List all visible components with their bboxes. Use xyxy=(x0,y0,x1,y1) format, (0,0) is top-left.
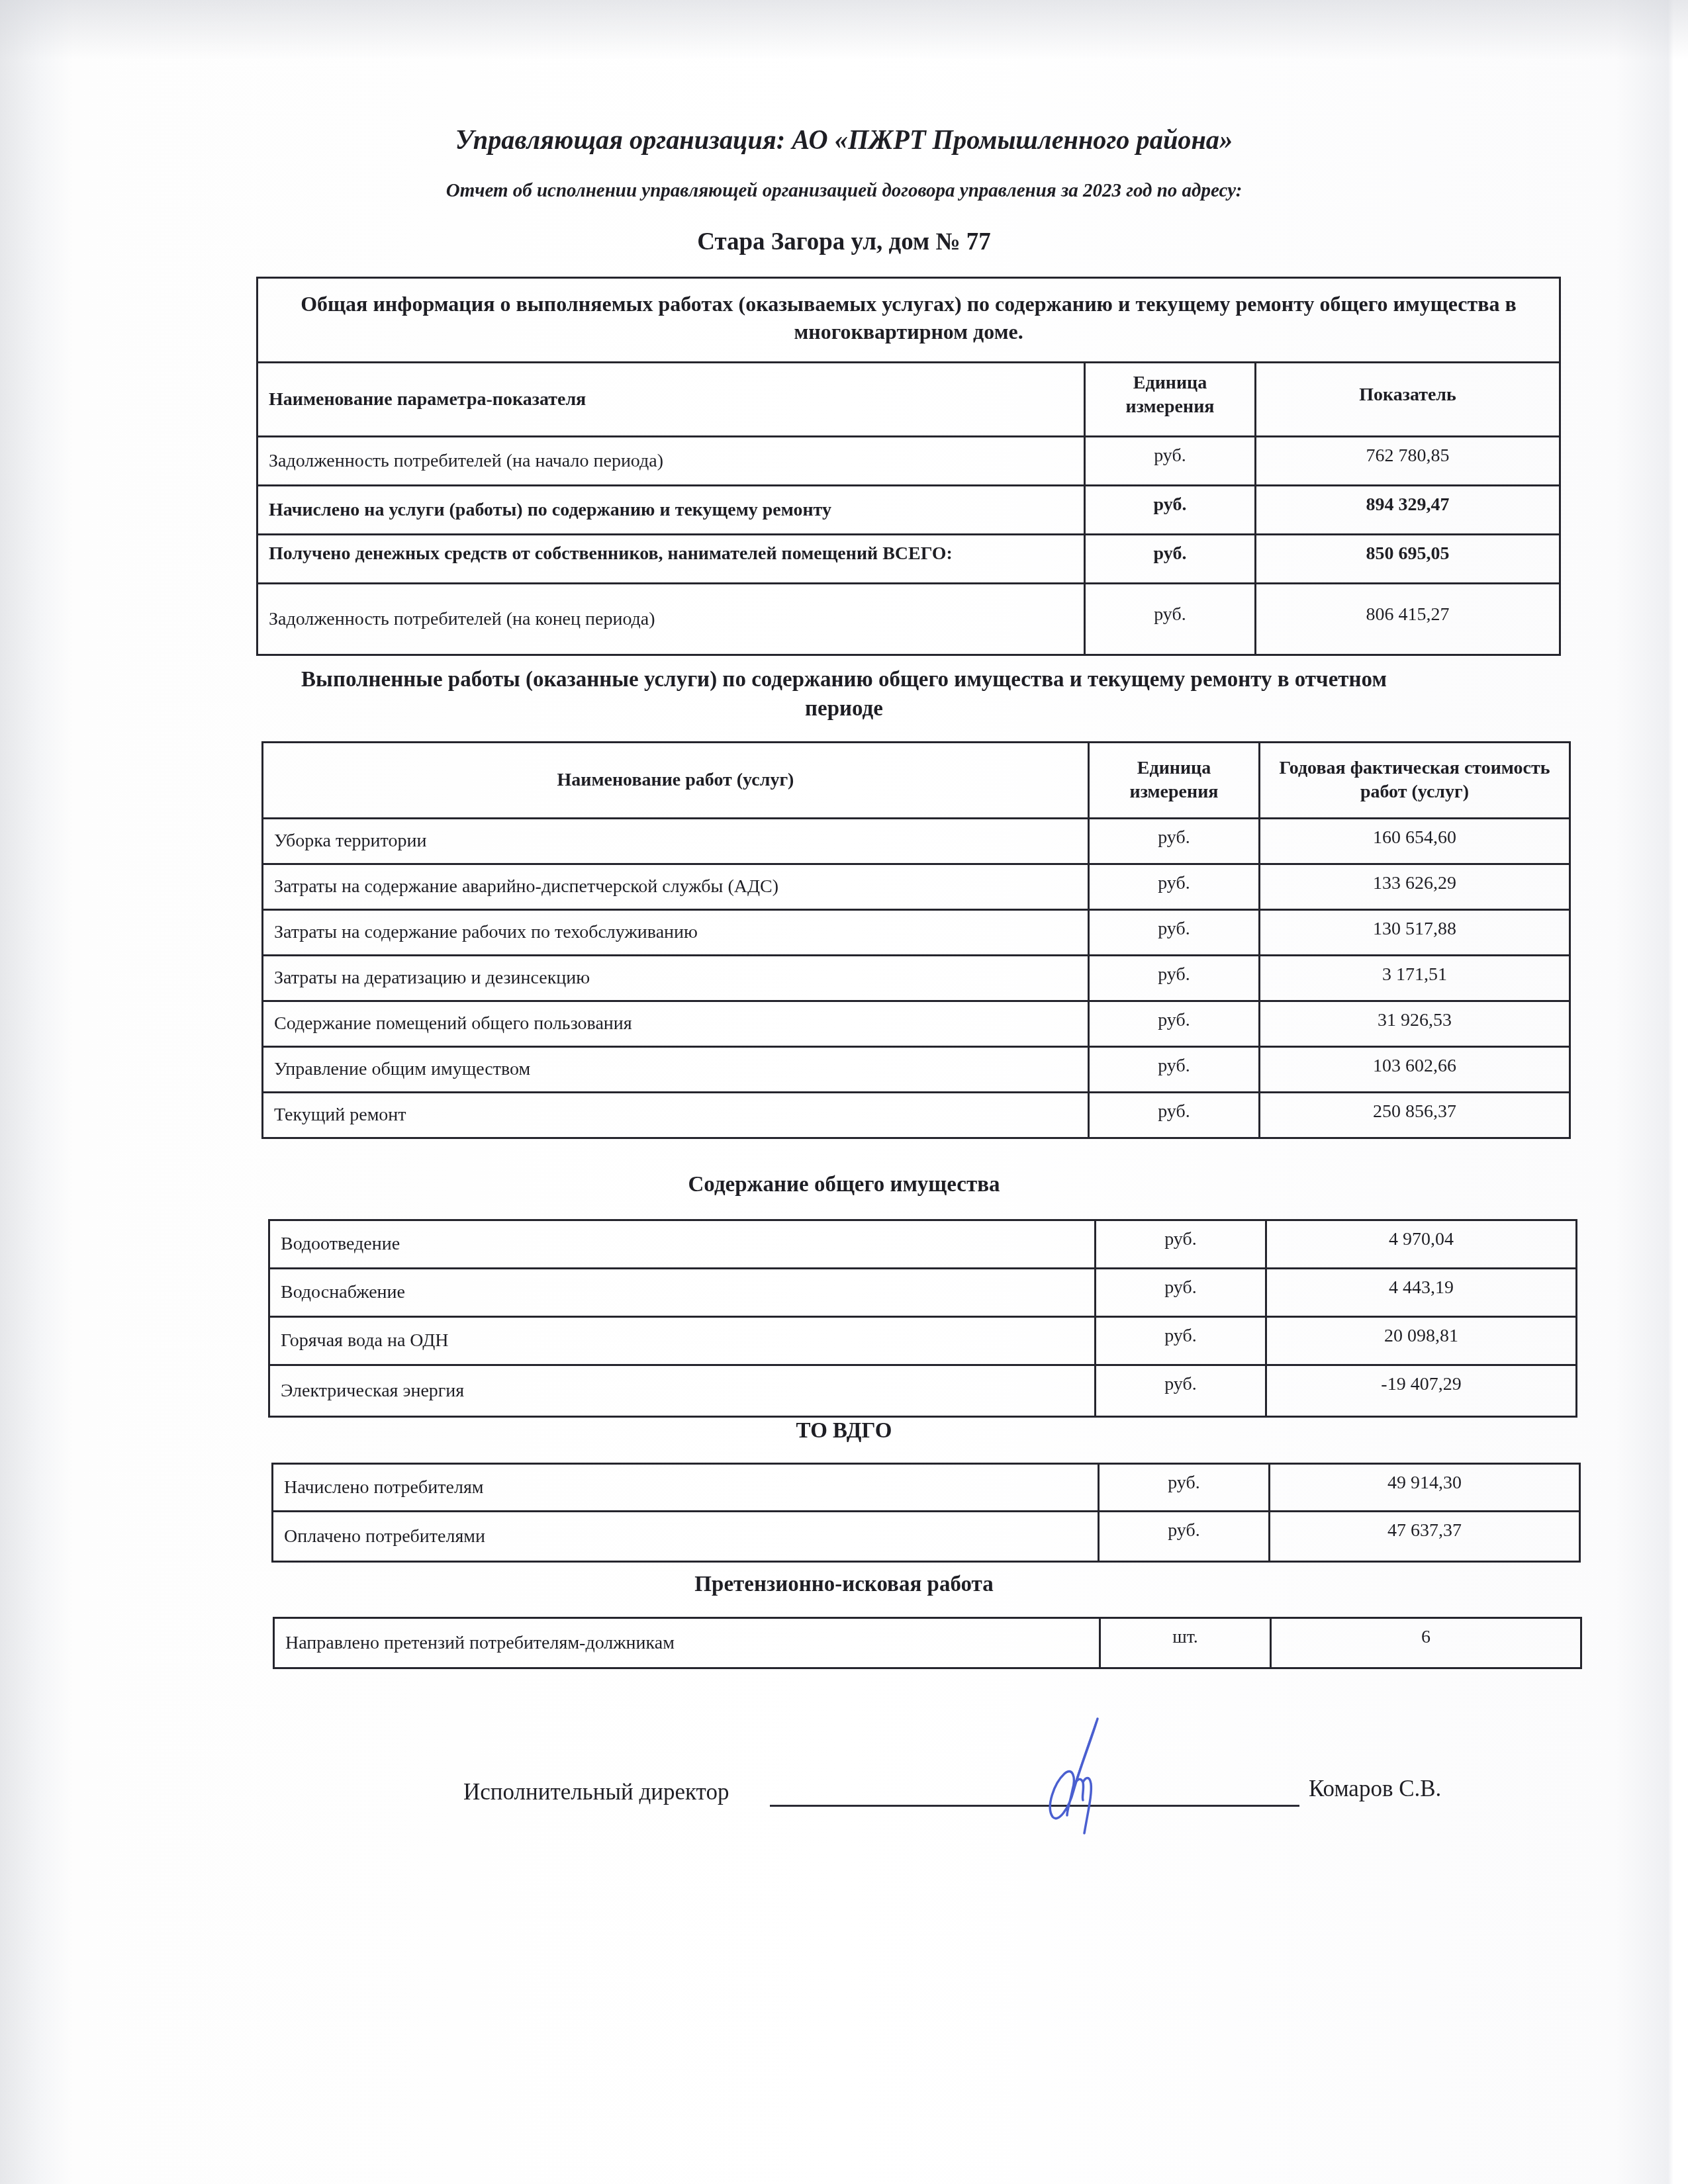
table-row: Затраты на дератизацию и дезинсекцию руб… xyxy=(263,956,1570,1001)
row-value: 806 415,27 xyxy=(1256,584,1560,655)
row-unit: руб. xyxy=(1089,819,1260,864)
table-row: Получено денежных средств от собственник… xyxy=(258,535,1560,584)
row-value: 133 626,29 xyxy=(1260,864,1570,910)
row-value: 4 970,04 xyxy=(1266,1220,1577,1269)
row-name: Управление общим имуществом xyxy=(263,1047,1089,1093)
row-name: Затраты на содержание рабочих по техобсл… xyxy=(263,910,1089,956)
vdgo-title: ТО ВДГО xyxy=(0,1416,1688,1445)
row-unit: руб. xyxy=(1096,1220,1266,1269)
row-name: Электрическая энергия xyxy=(269,1365,1096,1417)
row-value: 160 654,60 xyxy=(1260,819,1570,864)
column-header-unit: Единица измерения xyxy=(1089,743,1260,819)
row-unit: руб. xyxy=(1089,1047,1260,1093)
table-row: Затраты на содержание рабочих по техобсл… xyxy=(263,910,1570,956)
works-section-title: Выполненные работы (оказанные услуги) по… xyxy=(0,665,1688,723)
row-unit: руб. xyxy=(1096,1269,1266,1317)
handwritten-signature xyxy=(1019,1711,1152,1837)
general-info-caption: Общая информация о выполняемых работах (… xyxy=(258,278,1560,363)
row-unit: руб. xyxy=(1085,437,1256,486)
column-header-annual-cost: Годовая фактическая стоимость работ (усл… xyxy=(1260,743,1570,819)
row-value: 250 856,37 xyxy=(1260,1093,1570,1138)
row-value: 31 926,53 xyxy=(1260,1001,1570,1047)
table-row: Уборка территории руб. 160 654,60 xyxy=(263,819,1570,864)
row-unit: руб. xyxy=(1089,1093,1260,1138)
table-row: Горячая вода на ОДН руб. 20 098,81 xyxy=(269,1317,1577,1365)
row-name: Текущий ремонт xyxy=(263,1093,1089,1138)
table-row: Текущий ремонт руб. 250 856,37 xyxy=(263,1093,1570,1138)
works-table: Наименование работ (услуг) Единица измер… xyxy=(261,741,1571,1139)
row-value: 894 329,47 xyxy=(1256,486,1560,535)
row-name: Водоснабжение xyxy=(269,1269,1096,1317)
column-header-value: Показатель xyxy=(1256,363,1560,437)
row-value: 6 xyxy=(1271,1618,1581,1668)
row-name: Уборка территории xyxy=(263,819,1089,864)
row-unit: руб. xyxy=(1089,956,1260,1001)
column-header-unit: Единица измерения xyxy=(1085,363,1256,437)
row-value: 20 098,81 xyxy=(1266,1317,1577,1365)
organization-title: Управляющая организация: АО «ПЖРТ Промыш… xyxy=(34,124,1654,156)
row-unit: шт. xyxy=(1100,1618,1271,1668)
row-unit: руб. xyxy=(1085,486,1256,535)
general-info-table: Общая информация о выполняемых работах (… xyxy=(256,277,1561,656)
table-row: Содержание помещений общего пользования … xyxy=(263,1001,1570,1047)
table-row: Задолженность потребителей (на конец пер… xyxy=(258,584,1560,655)
report-subtitle: Отчет об исполнении управляющей организа… xyxy=(0,180,1688,202)
row-unit: руб. xyxy=(1085,535,1256,584)
row-name: Затраты на дератизацию и дезинсекцию xyxy=(263,956,1089,1001)
table-row: Начислено на услуги (работы) по содержан… xyxy=(258,486,1560,535)
row-value: 130 517,88 xyxy=(1260,910,1570,956)
row-name: Горячая вода на ОДН xyxy=(269,1317,1096,1365)
row-name: Затраты на содержание аварийно-диспетчер… xyxy=(263,864,1089,910)
vdgo-table: Начислено потребителям руб. 49 914,30 Оп… xyxy=(271,1463,1581,1563)
row-unit: руб. xyxy=(1089,910,1260,956)
table-row: Водоснабжение руб. 4 443,19 xyxy=(269,1269,1577,1317)
row-name: Задолженность потребителей (на конец пер… xyxy=(258,584,1085,655)
row-value: 850 695,05 xyxy=(1256,535,1560,584)
row-value: 4 443,19 xyxy=(1266,1269,1577,1317)
row-unit: руб. xyxy=(1085,584,1256,655)
row-name: Содержание помещений общего пользования xyxy=(263,1001,1089,1047)
row-value: 49 914,30 xyxy=(1270,1464,1580,1512)
common-property-table: Водоотведение руб. 4 970,04 Водоснабжени… xyxy=(268,1219,1577,1418)
row-value: 3 171,51 xyxy=(1260,956,1570,1001)
column-header-work: Наименование работ (услуг) xyxy=(263,743,1089,819)
table-row: Оплачено потребителями руб. 47 637,37 xyxy=(273,1512,1580,1562)
row-value: 762 780,85 xyxy=(1256,437,1560,486)
table-row: Задолженность потребителей (на начало пе… xyxy=(258,437,1560,486)
scan-shadow xyxy=(0,0,1688,60)
row-name: Начислено потребителям xyxy=(273,1464,1099,1512)
row-name: Водоотведение xyxy=(269,1220,1096,1269)
row-value: -19 407,29 xyxy=(1266,1365,1577,1417)
row-unit: руб. xyxy=(1089,864,1260,910)
table-row: Начислено потребителям руб. 49 914,30 xyxy=(273,1464,1580,1512)
row-unit: руб. xyxy=(1096,1365,1266,1417)
table-row: Водоотведение руб. 4 970,04 xyxy=(269,1220,1577,1269)
row-unit: руб. xyxy=(1089,1001,1260,1047)
row-unit: руб. xyxy=(1099,1512,1270,1562)
address: Стара Загора ул, дом № 77 xyxy=(0,228,1688,256)
table-row: Электрическая энергия руб. -19 407,29 xyxy=(269,1365,1577,1417)
row-value: 103 602,66 xyxy=(1260,1047,1570,1093)
signer-position: Исполнительный директор xyxy=(463,1779,729,1805)
signer-name: Комаров С.В. xyxy=(1309,1776,1441,1802)
row-value: 47 637,37 xyxy=(1270,1512,1580,1562)
claims-table: Направлено претензий потребителям-должни… xyxy=(273,1617,1582,1669)
table-row: Направлено претензий потребителям-должни… xyxy=(274,1618,1581,1668)
claims-title: Претензионно-исковая работа xyxy=(0,1570,1688,1599)
column-header-parameter: Наименование параметра-показателя xyxy=(258,363,1085,437)
table-row: Затраты на содержание аварийно-диспетчер… xyxy=(263,864,1570,910)
row-name: Получено денежных средств от собственник… xyxy=(258,535,1085,584)
row-name: Оплачено потребителями xyxy=(273,1512,1099,1562)
row-unit: руб. xyxy=(1099,1464,1270,1512)
row-unit: руб. xyxy=(1096,1317,1266,1365)
table-row: Управление общим имуществом руб. 103 602… xyxy=(263,1047,1570,1093)
row-name: Направлено претензий потребителям-должни… xyxy=(274,1618,1100,1668)
common-property-title: Содержание общего имущества xyxy=(0,1170,1688,1199)
row-name: Начислено на услуги (работы) по содержан… xyxy=(258,486,1085,535)
row-name: Задолженность потребителей (на начало пе… xyxy=(258,437,1085,486)
